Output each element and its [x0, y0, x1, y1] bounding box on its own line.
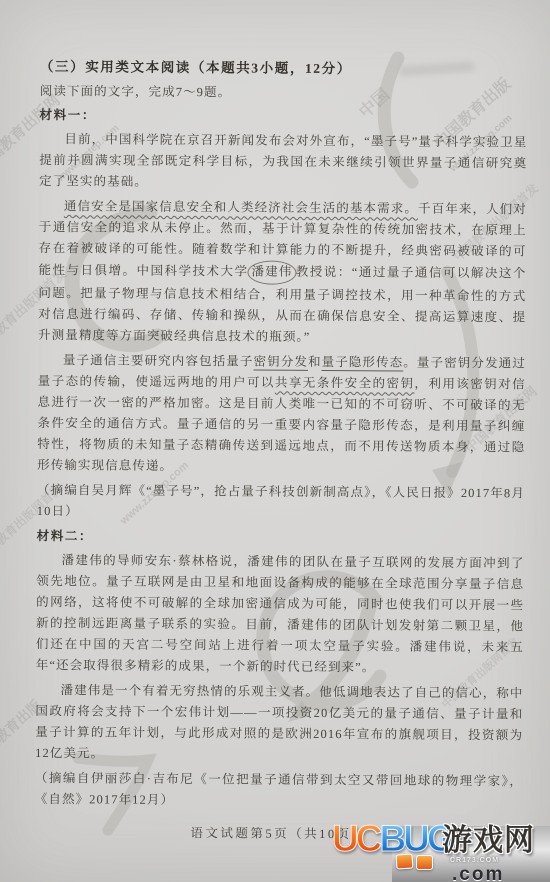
logo-com-text: .com — [452, 864, 504, 882]
material-2-label: 材料二： — [37, 526, 525, 550]
ucbug-watermark-logo: UCBUG 游戏网 CR173.COM .com — [330, 818, 550, 882]
material-1-paragraph-2: 通信安全是国家信息安全和人类经济社会生活的基本需求。千百年来，人们对于通信安全的… — [38, 196, 527, 349]
material-2-citation: （摘编自伊丽莎白·吉布尼《一位把量子通信带到太空又带回地球的物理学家》，《自然》… — [35, 768, 523, 813]
logo-wordmark: UCBUG — [332, 820, 453, 857]
section-header: （三）实用类文本阅读（本题共3小题，12分） — [40, 56, 528, 80]
paragraph-text: 量子通信主要研究内容包括量子 — [63, 353, 254, 368]
wavy-underlined-phrase: 共享无条件安全的密钥 — [275, 376, 415, 391]
material-2-paragraph-2: 潘建伟是一个有着无穷热情的乐观主义者。他低调地表达了自己的信心，称中国政府将会支… — [35, 680, 524, 767]
logo-site-name: 游戏网 — [442, 826, 535, 856]
circled-name-annotation: 潘建伟 — [247, 260, 296, 284]
paragraph-text: ，利用该密钥对信息进行一次一密的严格加密。这是目前人类唯一已知的不可窃听、不可破… — [37, 377, 526, 473]
material-1-label: 材料一： — [40, 105, 528, 129]
wavy-underlined-sentence: 通信安全是国家信息安全和人类经济社会生活的基本需求。 — [64, 199, 418, 215]
paragraph-text: 和 — [308, 355, 322, 369]
logo-small-caption: CR173.COM — [450, 857, 499, 864]
material-1-citation: （摘编自吴月辉《“墨子号”，抢占量子科技创新制高点》，《人民日报》2017年8月… — [37, 480, 525, 525]
material-1-paragraph-3: 量子通信主要研究内容包括量子密钥分发和量子隐形传态。量子密钥分发通过量子态的传输… — [37, 350, 526, 479]
exam-page-content: （三）实用类文本阅读（本题共3小题，12分） 阅读下面的文字，完成7～9题。 材… — [35, 56, 528, 846]
material-2-paragraph-1: 潘建伟的导师安东·蔡林格说，潘建伟的团队在量子互联网的发展方面冲到了领先地位。量… — [36, 550, 525, 679]
underlined-term: 量子隐形传态 — [322, 355, 404, 370]
scanned-exam-page: 中国教育出版网 www.zzstep.com 中国 中国教育出版 www.zzs… — [0, 0, 550, 882]
underlined-term: 密钥分发 — [253, 354, 308, 368]
reading-instruction: 阅读下面的文字，完成7～9题。 — [40, 81, 528, 105]
material-1-paragraph-1: 目前，中国科学院在京召开新闻发布会对外宣布，“墨子号”量子科学实验卫星提前并圆满… — [39, 129, 527, 195]
logo-uc-text: UC — [332, 818, 379, 859]
